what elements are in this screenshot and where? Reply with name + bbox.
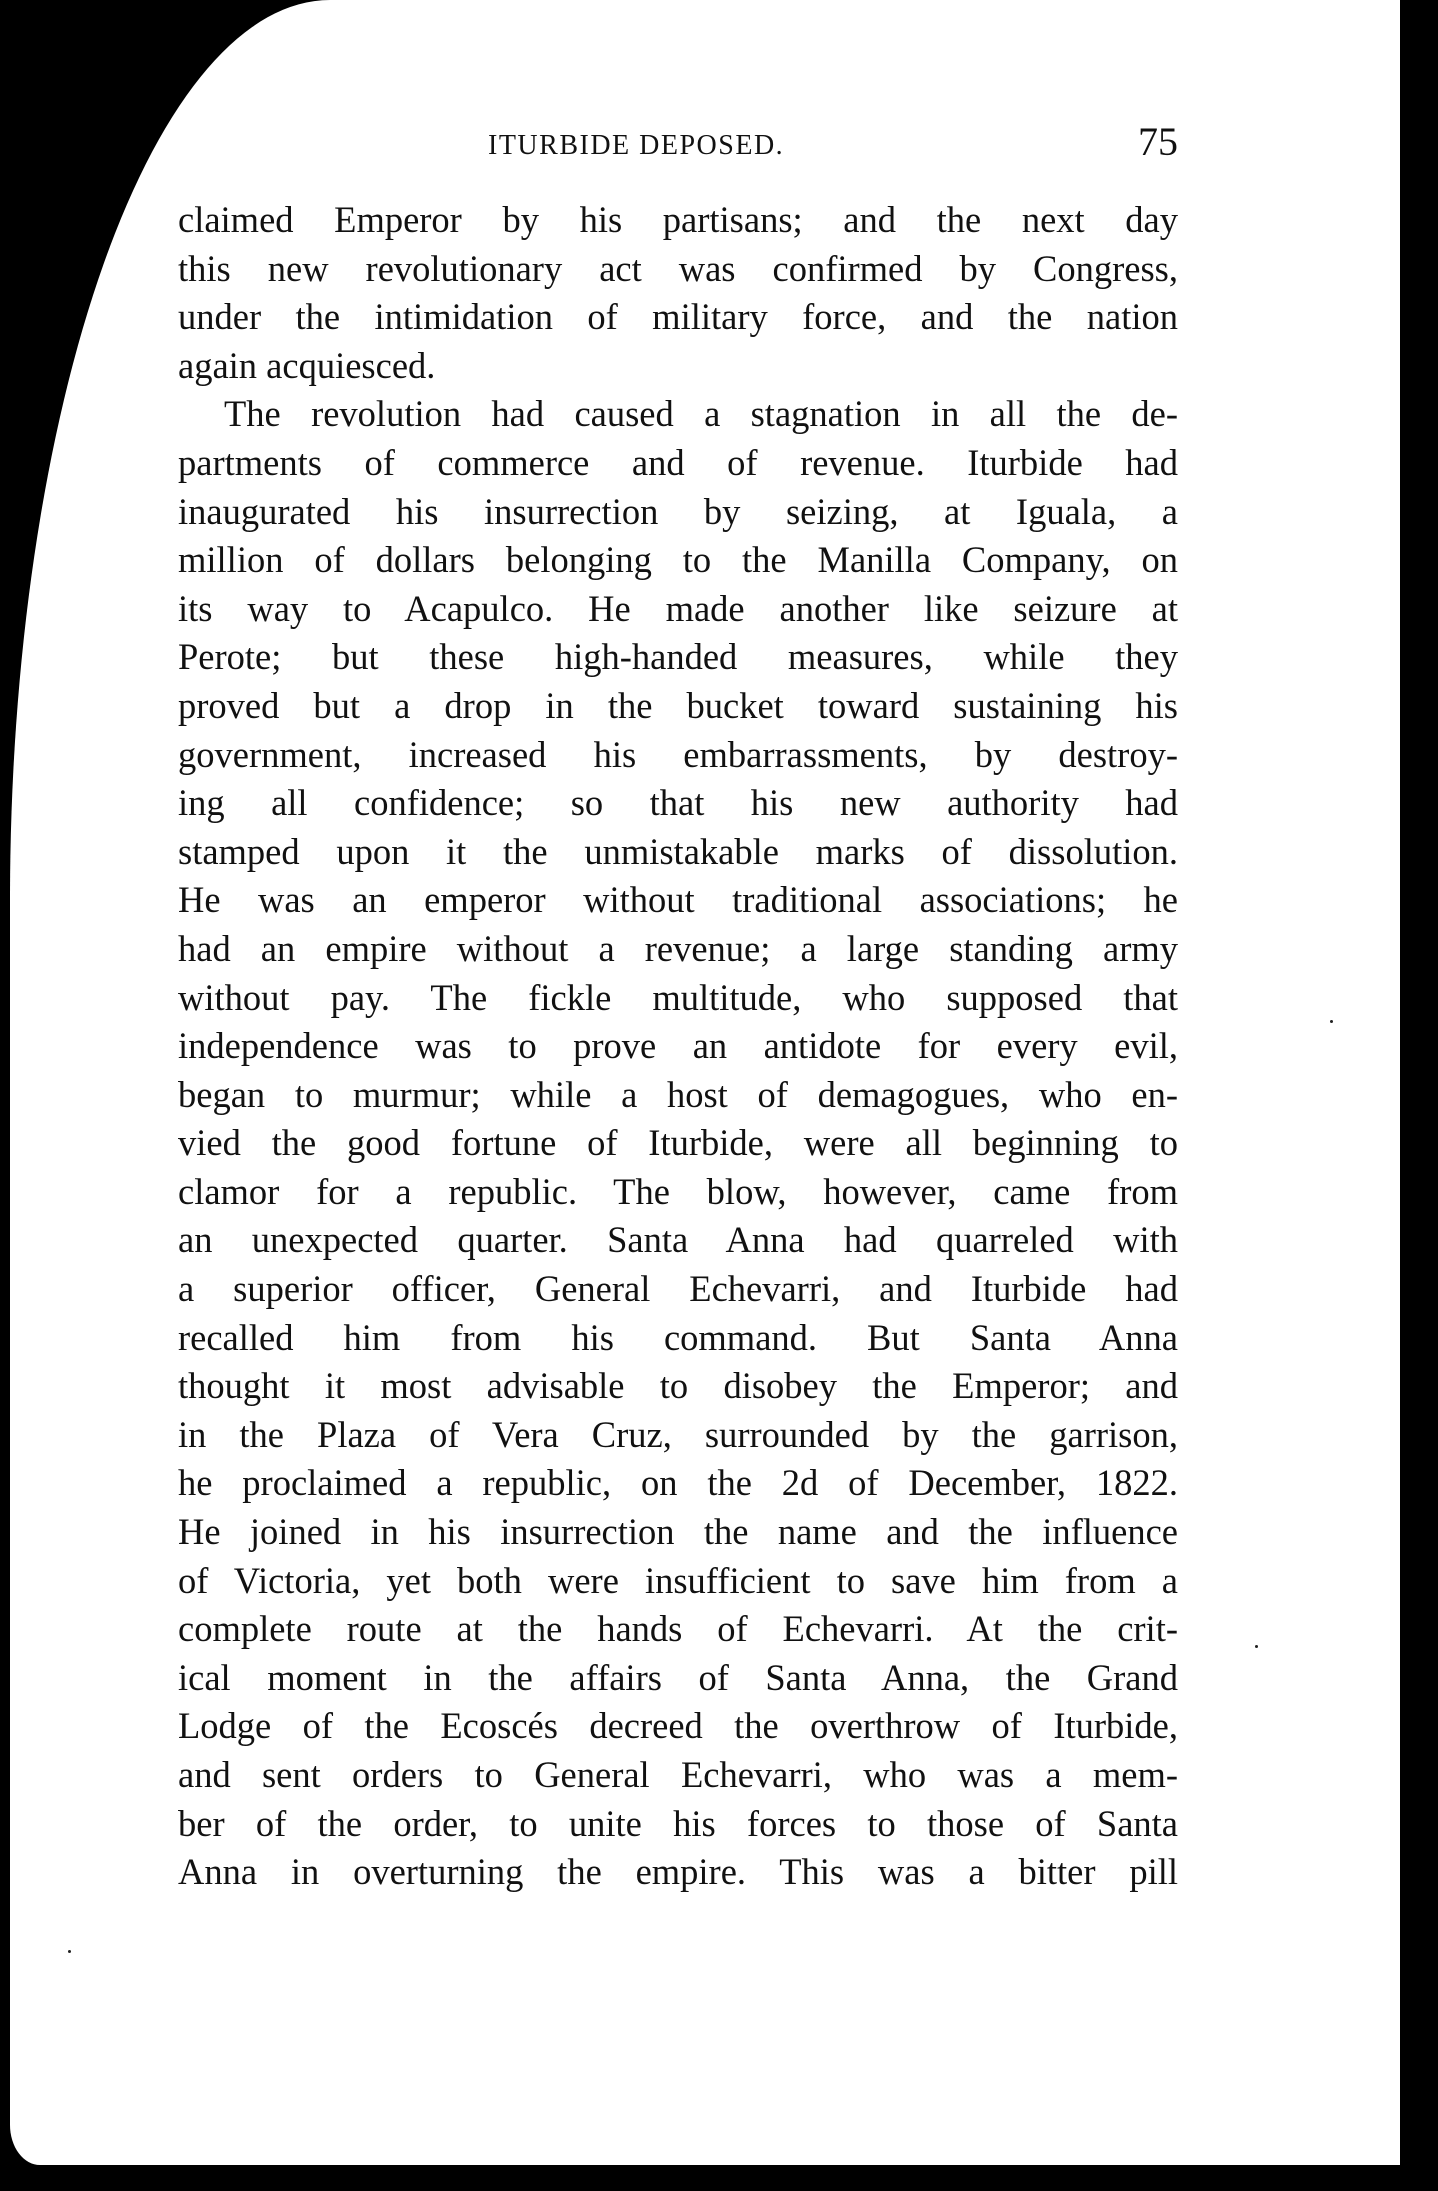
text-line: under the intimidation of military force… xyxy=(178,293,1178,342)
text-line: thought it most advisable to disobey the… xyxy=(178,1362,1178,1411)
text-line: vied the good fortune of Iturbide, were … xyxy=(178,1119,1178,1168)
text-line: claimed Emperor by his partisans; and th… xyxy=(178,196,1178,245)
scan-speck xyxy=(1330,1020,1333,1023)
text-line: its way to Acapulco. He made another lik… xyxy=(178,585,1178,634)
text-line: had an empire without a revenue; a large… xyxy=(178,925,1178,974)
text-line: He was an emperor without traditional as… xyxy=(178,876,1178,925)
text-line: He joined in his insurrection the name a… xyxy=(178,1508,1178,1557)
text-line: million of dollars belonging to the Mani… xyxy=(178,536,1178,585)
text-line: inaugurated his insurrection by seizing,… xyxy=(178,488,1178,537)
text-line: ber of the order, to unite his forces to… xyxy=(178,1800,1178,1849)
text-line: an unexpected quarter. Santa Anna had qu… xyxy=(178,1216,1178,1265)
text-line: ing all confidence; so that his new auth… xyxy=(178,779,1178,828)
text-line: in the Plaza of Vera Cruz, surrounded by… xyxy=(178,1411,1178,1460)
text-line: ical moment in the affairs of Santa Anna… xyxy=(178,1654,1178,1703)
running-head-title: ITURBIDE DEPOSED. xyxy=(488,130,784,162)
text-line: complete route at the hands of Echevarri… xyxy=(178,1605,1178,1654)
text-line: without pay. The fickle multitude, who s… xyxy=(178,974,1178,1023)
text-line: he proclaimed a republic, on the 2d of D… xyxy=(178,1459,1178,1508)
text-line: independence was to prove an antidote fo… xyxy=(178,1022,1178,1071)
text-line: recalled him from his command. But Santa… xyxy=(178,1314,1178,1363)
text-line: of Victoria, yet both were insufficient … xyxy=(178,1557,1178,1606)
text-line: stamped upon it the unmistakable marks o… xyxy=(178,828,1178,877)
text-line: this new revolutionary act was confirmed… xyxy=(178,245,1178,294)
text-line: began to murmur; while a host of demagog… xyxy=(178,1071,1178,1120)
scan-speck xyxy=(68,1950,71,1953)
text-line: government, increased his embarrassments… xyxy=(178,731,1178,780)
scan-speck xyxy=(1255,1645,1258,1648)
body-text: claimed Emperor by his partisans; and th… xyxy=(178,196,1178,1897)
book-page: ITURBIDE DEPOSED. 75 claimed Emperor by … xyxy=(10,0,1400,2165)
text-line: Perote; but these high-handed measures, … xyxy=(178,633,1178,682)
running-head: ITURBIDE DEPOSED. 75 xyxy=(178,118,1178,168)
paragraph-start-line: The revolution had caused a stagnation i… xyxy=(178,390,1178,439)
text-line: Lodge of the Ecoscés decreed the overthr… xyxy=(178,1702,1178,1751)
text-line: a superior officer, General Echevarri, a… xyxy=(178,1265,1178,1314)
text-line: clamor for a republic. The blow, however… xyxy=(178,1168,1178,1217)
page-number: 75 xyxy=(1138,118,1178,165)
text-line: proved but a drop in the bucket toward s… xyxy=(178,682,1178,731)
text-line: partments of commerce and of revenue. It… xyxy=(178,439,1178,488)
text-line: and sent orders to General Echevarri, wh… xyxy=(178,1751,1178,1800)
paragraph-end-line: again acquiesced. xyxy=(178,342,1178,391)
text-line: Anna in overturning the empire. This was… xyxy=(178,1848,1178,1897)
scan-border-right xyxy=(1400,0,1438,2191)
